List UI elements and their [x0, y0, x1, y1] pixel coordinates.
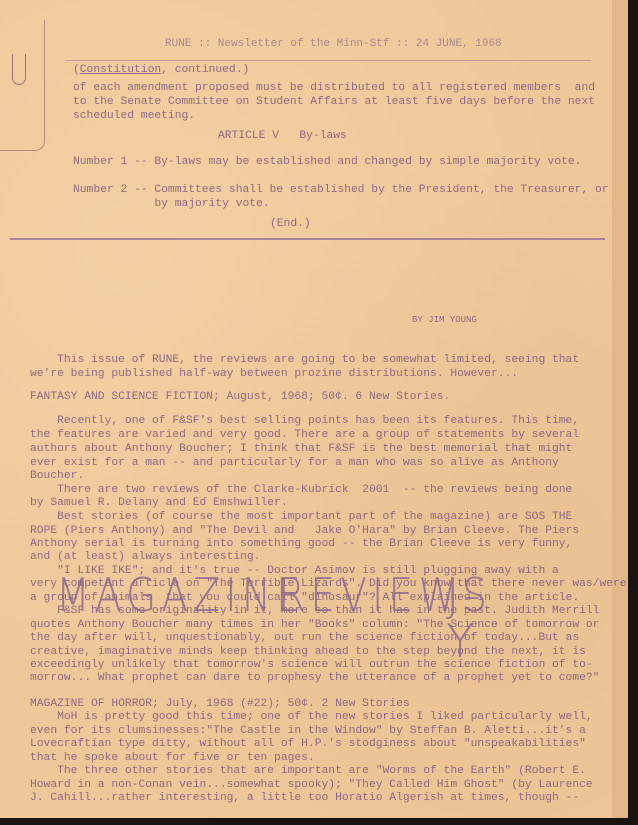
article-heading: ARTICLE V By-laws — [218, 130, 347, 144]
running-header: RUNE :: Newsletter of the Minn-Stf :: 24… — [165, 38, 502, 52]
fsf-line: F&SF has some originality in it, more so… — [30, 605, 599, 619]
fsf-line: exceedingly unlikely that tomorrow's sci… — [30, 659, 593, 673]
constitution-continued: (Constitution, continued.) — [73, 64, 249, 78]
fsf-line: ROPE (Piers Anthony) and "The Devil and … — [30, 525, 579, 539]
header-rule — [66, 60, 591, 61]
paper-clip-icon — [12, 54, 26, 85]
fsf-heading: FANTASY AND SCIENCE FICTION; August, 196… — [30, 391, 450, 405]
bylaw-number-1: Number 1 -- By-laws may be established a… — [73, 156, 581, 170]
moh-line: J. Cahill...rather interesting, a little… — [30, 792, 579, 806]
section-divider — [10, 238, 605, 240]
moh-line: even for its clumsinesses:"The Castle in… — [30, 725, 586, 739]
paper-clip-outline — [0, 20, 45, 151]
page-edge — [612, 0, 628, 818]
fsf-line: creative, imaginative minds keep thinkin… — [30, 646, 586, 660]
moh-line: that he spoke about for five or ten page… — [30, 752, 315, 766]
intro-line-2: we're being published half-way between p… — [30, 368, 518, 382]
fsf-line: the day after will, unquestionably, out … — [30, 632, 579, 646]
fsf-line: Anthony serial is turning into something… — [30, 538, 572, 552]
byline: BY JIM YOUNG — [412, 314, 477, 328]
fsf-line: ever exist for a man -- and particularly… — [30, 457, 559, 471]
fsf-line: There are two reviews of the Clarke-Kubr… — [30, 484, 572, 498]
bylaw-number-2-line-2: by majority vote. — [73, 198, 270, 212]
constitution-label: Constitution — [80, 64, 161, 76]
moh-line: Lovecraftian type ditty, without all of … — [30, 738, 586, 752]
intro-line-1: This issue of RUNE, the reviews are goin… — [30, 354, 579, 368]
moh-heading: MAGAZINE OF HORROR; July, 1968 (#22); 50… — [30, 698, 410, 712]
bylaw-number-2-line-1: Number 2 -- Committees shall be establis… — [73, 184, 609, 198]
fsf-line: and (at least) always interesting. — [30, 551, 261, 565]
fsf-line: morrow... What prophet can dare to proph… — [30, 672, 599, 686]
fsf-line: a group of animals that you could call "… — [30, 592, 579, 606]
fsf-line: very competent article on "The Terrible … — [30, 578, 627, 592]
moh-line: The three other stories that are importa… — [30, 765, 586, 779]
fsf-line: "I LIKE IKE"; and it's true -- Doctor As… — [30, 565, 559, 579]
fsf-line: the features are varied and very good. T… — [30, 429, 579, 443]
typewritten-newsletter-page: RUNE :: Newsletter of the Minn-Stf :: 24… — [0, 0, 628, 818]
end-marker: (End.) — [270, 218, 311, 232]
constitution-line-1: of each amendment proposed must be distr… — [73, 82, 595, 96]
constitution-line-2: to the Senate Committee on Student Affai… — [73, 96, 595, 110]
fsf-line: authors about Anthony Boucher; I think t… — [30, 443, 572, 457]
fsf-line: Best stories (of course the most importa… — [30, 511, 572, 525]
moh-line: Howard in a non-Conan vein...somewhat sp… — [30, 779, 593, 793]
fsf-line: by Samuel R. Delany and Ed Emshwiller. — [30, 497, 288, 511]
constitution-line-3: scheduled meeting. — [73, 110, 195, 124]
fsf-line: Recently, one of F&SF's best selling poi… — [30, 415, 579, 429]
fsf-line: Boucher. — [30, 470, 84, 484]
moh-line: MoH is pretty good this time; one of the… — [30, 711, 593, 725]
fsf-line: quotes Anthony Boucher many times in her… — [30, 619, 599, 633]
